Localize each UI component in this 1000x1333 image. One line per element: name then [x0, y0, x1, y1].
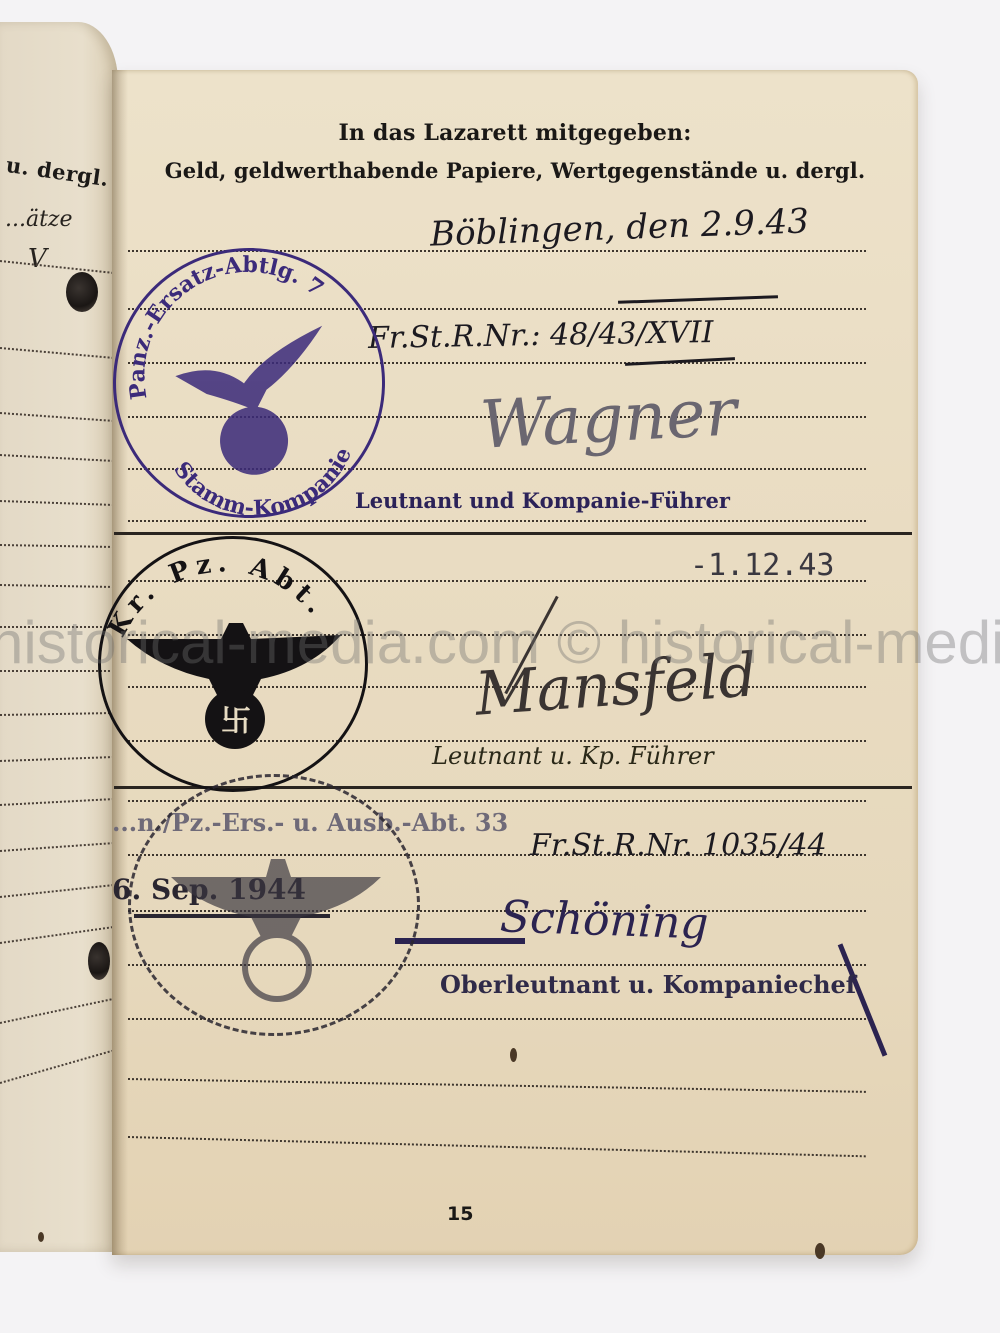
left-dotline	[0, 842, 118, 852]
page-number: 15	[447, 1203, 473, 1225]
document-photo: u. dergl. ...ätze V In das Lazarett mitg…	[0, 0, 1000, 1333]
entry-2-title: Leutnant u. Kp. Führer	[432, 742, 714, 770]
entry-3-stamp	[128, 774, 420, 1036]
entry-2-stamp-top-text: Kr. Pz. Abt. 7	[101, 539, 343, 642]
entry-2-stamp: Kr. Pz. Abt. 7 卐	[98, 536, 368, 792]
left-dotline	[0, 798, 118, 806]
eagle-emblem-icon	[173, 326, 333, 480]
stain	[38, 1232, 44, 1242]
left-handwriting-1: ...ätze	[5, 207, 73, 232]
entry-3-title: Oberleutnant u. Kompaniechef	[440, 970, 856, 999]
section-divider	[114, 532, 912, 535]
entry-3-reference: Fr.St.R.Nr. 1035/44	[530, 828, 827, 863]
left-dotline	[0, 997, 116, 1023]
entry-1-title: Leutnant und Kompanie-Führer	[355, 488, 730, 513]
left-handwriting-2: V	[28, 244, 47, 274]
punch-hole	[66, 272, 98, 312]
left-dotline	[0, 347, 118, 359]
left-dotline	[0, 500, 118, 506]
svg-text:Kr. Pz. Abt. 7: Kr. Pz. Abt. 7	[101, 539, 343, 642]
entry-3-signature: Schöning	[499, 891, 709, 949]
left-dotline	[0, 1050, 114, 1084]
left-dotline	[0, 260, 117, 274]
left-heading-fragment: u. dergl.	[5, 152, 111, 191]
entry-1-stamp: Panz.-Ersatz-Abtlg. 7 Stamm-Kompanie	[104, 239, 394, 527]
svg-text:卐: 卐	[221, 704, 251, 739]
entry-1-signature: Wagner	[478, 373, 739, 463]
entry-2-date-stamp: -1.12.43	[690, 548, 835, 583]
stain	[815, 1243, 825, 1259]
dotted-line	[128, 520, 866, 522]
punch-hole	[88, 942, 110, 980]
heading-line-2: Geld, geldwerthabende Papiere, Wertgegen…	[112, 158, 918, 183]
stain	[510, 1048, 517, 1062]
left-dotline	[0, 454, 118, 462]
entry-1-reference: Fr.St.R.Nr.: 48/43/XVII	[368, 315, 714, 356]
eagle-emblem-icon	[171, 859, 381, 999]
left-dotline	[0, 412, 118, 422]
heading-line-1: In das Lazarett mitgegeben:	[112, 120, 918, 146]
left-dotline	[0, 884, 117, 898]
